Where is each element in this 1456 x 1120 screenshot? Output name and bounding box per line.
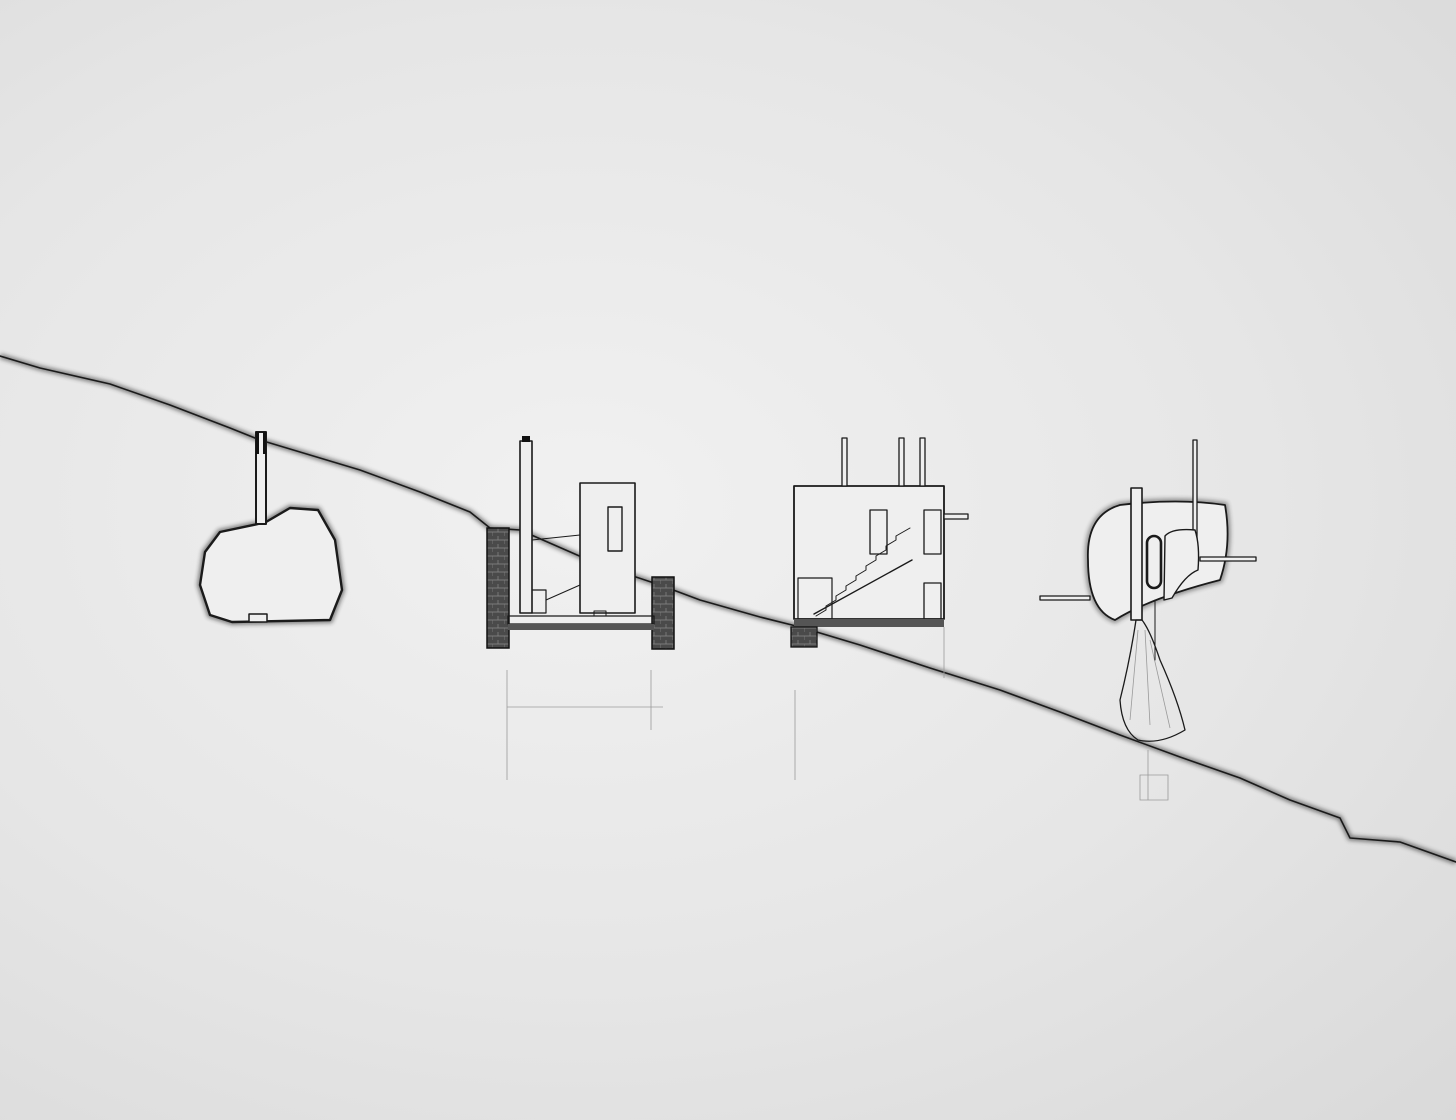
cube-house (791, 438, 968, 678)
drawing-sheet (0, 0, 1456, 1120)
construction-lines (507, 670, 795, 780)
section-drawing (0, 0, 1456, 1120)
masonry-house (487, 436, 674, 649)
